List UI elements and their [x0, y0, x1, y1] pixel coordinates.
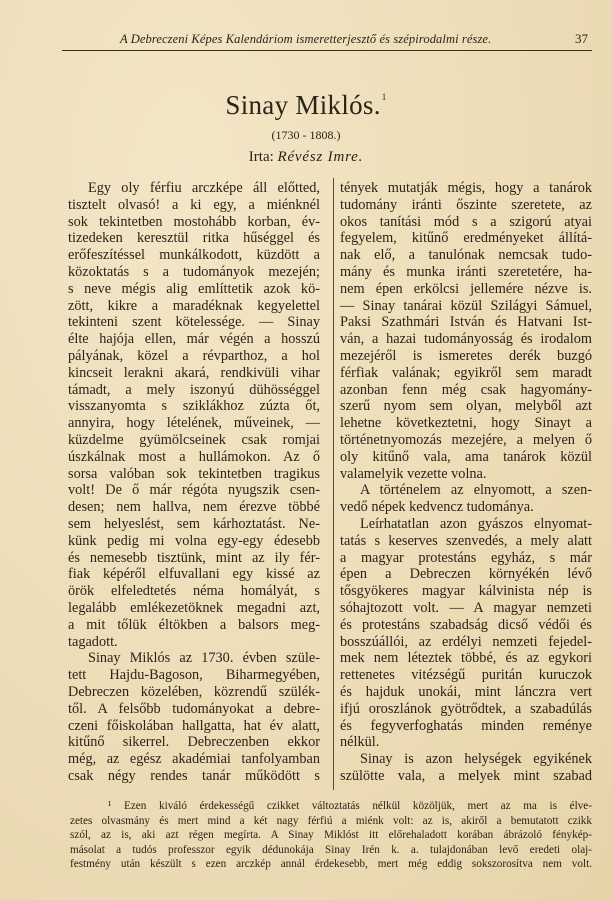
text-line: Egy oly férfiu arczképe áll előtted, — [68, 180, 320, 197]
footnote-line: ¹ Ezen kiváló érdekességű czikket változ… — [70, 799, 592, 814]
text-line: Debreczen közelében, közrendű szülék- — [68, 684, 320, 701]
text-line: től. A felsőbb tudományokat a debre- — [68, 701, 320, 718]
text-line: kincseit lerakni akará, rendkivüli vihar — [68, 365, 320, 382]
text-line: künk pedig mi volna egy-egy édesebb — [68, 533, 320, 550]
text-line: ifjú oroszlánok gyötrődtek, a szabadúlás — [340, 701, 592, 718]
text-line: Paksi Szathmári István és Hatvani Ist- — [340, 314, 592, 331]
text-line: tett Hajdu-Bagoson, Biharmegyében, — [68, 667, 320, 684]
text-line: mány és munka iránti szeretetére, ha- — [340, 264, 592, 281]
text-line: tények mutatják mégis, hogy a tanárok — [340, 180, 592, 197]
text-line: csak négy rendes tanár működött s — [68, 768, 320, 785]
text-line: — Sinay tanárai közül Szilágyi Sámuel, — [340, 298, 592, 315]
text-line: czeni főiskolában hallgatta, hat év alat… — [68, 718, 320, 735]
text-line: és protestáns szabadság dicső védői és — [340, 617, 592, 634]
text-line: ván, a hazai tudományosság és irodalom — [340, 331, 592, 348]
text-line: szülötte vala, a melyek mint szabad — [340, 768, 592, 785]
text-line: közoktatás s a tudományok mezején; — [68, 264, 320, 281]
text-line: mek nem léteztek többé, és az egykori — [340, 650, 592, 667]
text-line: zött, kikre a maradéknak kegyelettel — [68, 298, 320, 315]
text-line: azonban fenn még csak hagyomány- — [340, 382, 592, 399]
text-line: tatás s keserves szenvedés, a mely alatt — [340, 533, 592, 550]
text-line: még, az egész akadémiai tanfolyamban — [68, 751, 320, 768]
text-line: szerű nyom sem olyan, melyből azt — [340, 398, 592, 415]
page-number: 37 — [575, 31, 588, 47]
text-line: mezejéről is ismeretes derék buzgó — [340, 348, 592, 365]
article-dates: (1730 - 1808.) — [0, 128, 612, 143]
text-line: valamelyik vezette volna. — [340, 466, 592, 483]
text-line: tisztelt olvasó! a ki egy, a miénknél — [68, 197, 320, 214]
text-line: bosszúállói, az erdélyi nemzeti fejedel- — [340, 634, 592, 651]
text-line: kitűnő sikerrel. Debreczenben ekkor — [68, 734, 320, 751]
text-line: pályának, közel a révparthoz, a hol — [68, 348, 320, 365]
text-line: fegyelem, kitűnő eredményeket állítá- — [340, 230, 592, 247]
column-divider — [333, 178, 334, 790]
text-line: örök elfeledtetés néma homályát, s — [68, 583, 320, 600]
footnote-line: szól, az is, aki azt régen megírta. A Si… — [70, 828, 592, 843]
text-line: desen; nem hallva, nem érezve többé — [68, 499, 320, 516]
byline: Irta: Révész Imre. — [0, 149, 612, 166]
text-line: támadt, a mely iszonyú dühösséggel — [68, 382, 320, 399]
text-line: nak elő, a tanulónak nemcsak tudo- — [340, 247, 592, 264]
running-header: A Debreczeni Képes Kalendáriom ismerette… — [62, 30, 592, 51]
text-line: tizedeken keresztül ritka hűséggel és — [68, 230, 320, 247]
text-line: lehetne következtetni, hogy Sinayt a — [340, 415, 592, 432]
text-line: visszanyomta s sziklákhoz zúzta őt, — [68, 398, 320, 415]
text-line: legalább emlékezetöknek megadni azt, — [68, 600, 320, 617]
article-title-text: Sinay Miklós. — [225, 90, 380, 120]
text-line: a magyar protestáns egyház, s már — [340, 550, 592, 567]
text-line: és fegyverfoghatás minden reménye — [340, 718, 592, 735]
text-line: Sinay Miklós az 1730. évben szüle- — [68, 650, 320, 667]
footnote-line: festmény után készült s ezen arczkép ann… — [70, 857, 592, 872]
text-line: Leírhatatlan azon gyászos elnyomat- — [340, 516, 592, 533]
text-line: úszkálnak most a hullámokon. Az ő — [68, 449, 320, 466]
text-line: erőfeszítéssel munkálkodott, küzdött a — [68, 247, 320, 264]
running-title: A Debreczeni Képes Kalendáriom ismerette… — [120, 32, 491, 47]
text-line: Sinay is azon helységek egyikének — [340, 751, 592, 768]
text-line: küzdelme gyümölcseinek csak romjai — [68, 432, 320, 449]
left-column: Egy oly férfiu arczképe áll előtted,tisz… — [68, 180, 320, 785]
text-line: a mit tőlük éltökben a balsors meg- — [68, 617, 320, 634]
text-line: oly kitűnő vala, ama tanárok közül — [340, 449, 592, 466]
text-line: rettenetes vitézségű puritán kuruczok — [340, 667, 592, 684]
text-line: férfiak valának; egyikről sem maradt — [340, 365, 592, 382]
text-line: s neve mégis alig említtetik azok kö- — [68, 281, 320, 298]
text-line: történetnyomozás mezejére, a melyen ő — [340, 432, 592, 449]
article-title: Sinay Miklós.1 — [0, 90, 612, 121]
text-line: sem helyeslést, sem kárhoztatást. Ne- — [68, 516, 320, 533]
text-line: nélkül. — [340, 734, 592, 751]
text-line: tekinteni szent kötelessége. — Sinay — [68, 314, 320, 331]
text-line: és nemesebb tisztünk, mint az ily fér- — [68, 550, 320, 567]
text-line: sorsa valóban sok tekintetben tragikus — [68, 466, 320, 483]
text-line: fiak képéről elfuvallani egy kissé az — [68, 566, 320, 583]
text-line: nem épen erkölcsi jellemére nézve is. — [340, 281, 592, 298]
text-line: tősgyökeres magyar kálvinista nép is — [340, 583, 592, 600]
byline-label: Irta: — [249, 149, 274, 165]
footnote-line: másolat a tudós professzor egyik dédunok… — [70, 843, 592, 858]
text-line: A történelem az elnyomott, a szen- — [340, 482, 592, 499]
right-column: tények mutatják mégis, hogy a tanároktud… — [340, 180, 592, 785]
text-line: tudomány iránti őszinte szeretete, az — [340, 197, 592, 214]
text-line: sóhajtozott volt. — A magyar nemzeti — [340, 600, 592, 617]
text-line: tagadott. — [68, 634, 320, 651]
text-line: épen a Debreczen környékén lévő — [340, 566, 592, 583]
text-line: okos tanítási mód s a szigorú atyai — [340, 214, 592, 231]
text-line: élte hajója ellen, már végén a hosszú — [68, 331, 320, 348]
text-line: sok tekintetben mostohább korban, év- — [68, 214, 320, 231]
text-line: volt! De ő már régóta nyugszik csen- — [68, 482, 320, 499]
text-line: annyira, hogy lételének, műveinek, — — [68, 415, 320, 432]
text-line: vedő népek kedvencz tudománya. — [340, 499, 592, 516]
text-line: és hajduk unokái, mint lánczra vert — [340, 684, 592, 701]
footnote: ¹ Ezen kiváló érdekességű czikket változ… — [70, 799, 592, 872]
footnote-line: zetes olvasmány és mert mind a két nagy … — [70, 814, 592, 829]
author-name: Révész Imre. — [278, 149, 364, 165]
footnote-marker: 1 — [382, 92, 387, 102]
